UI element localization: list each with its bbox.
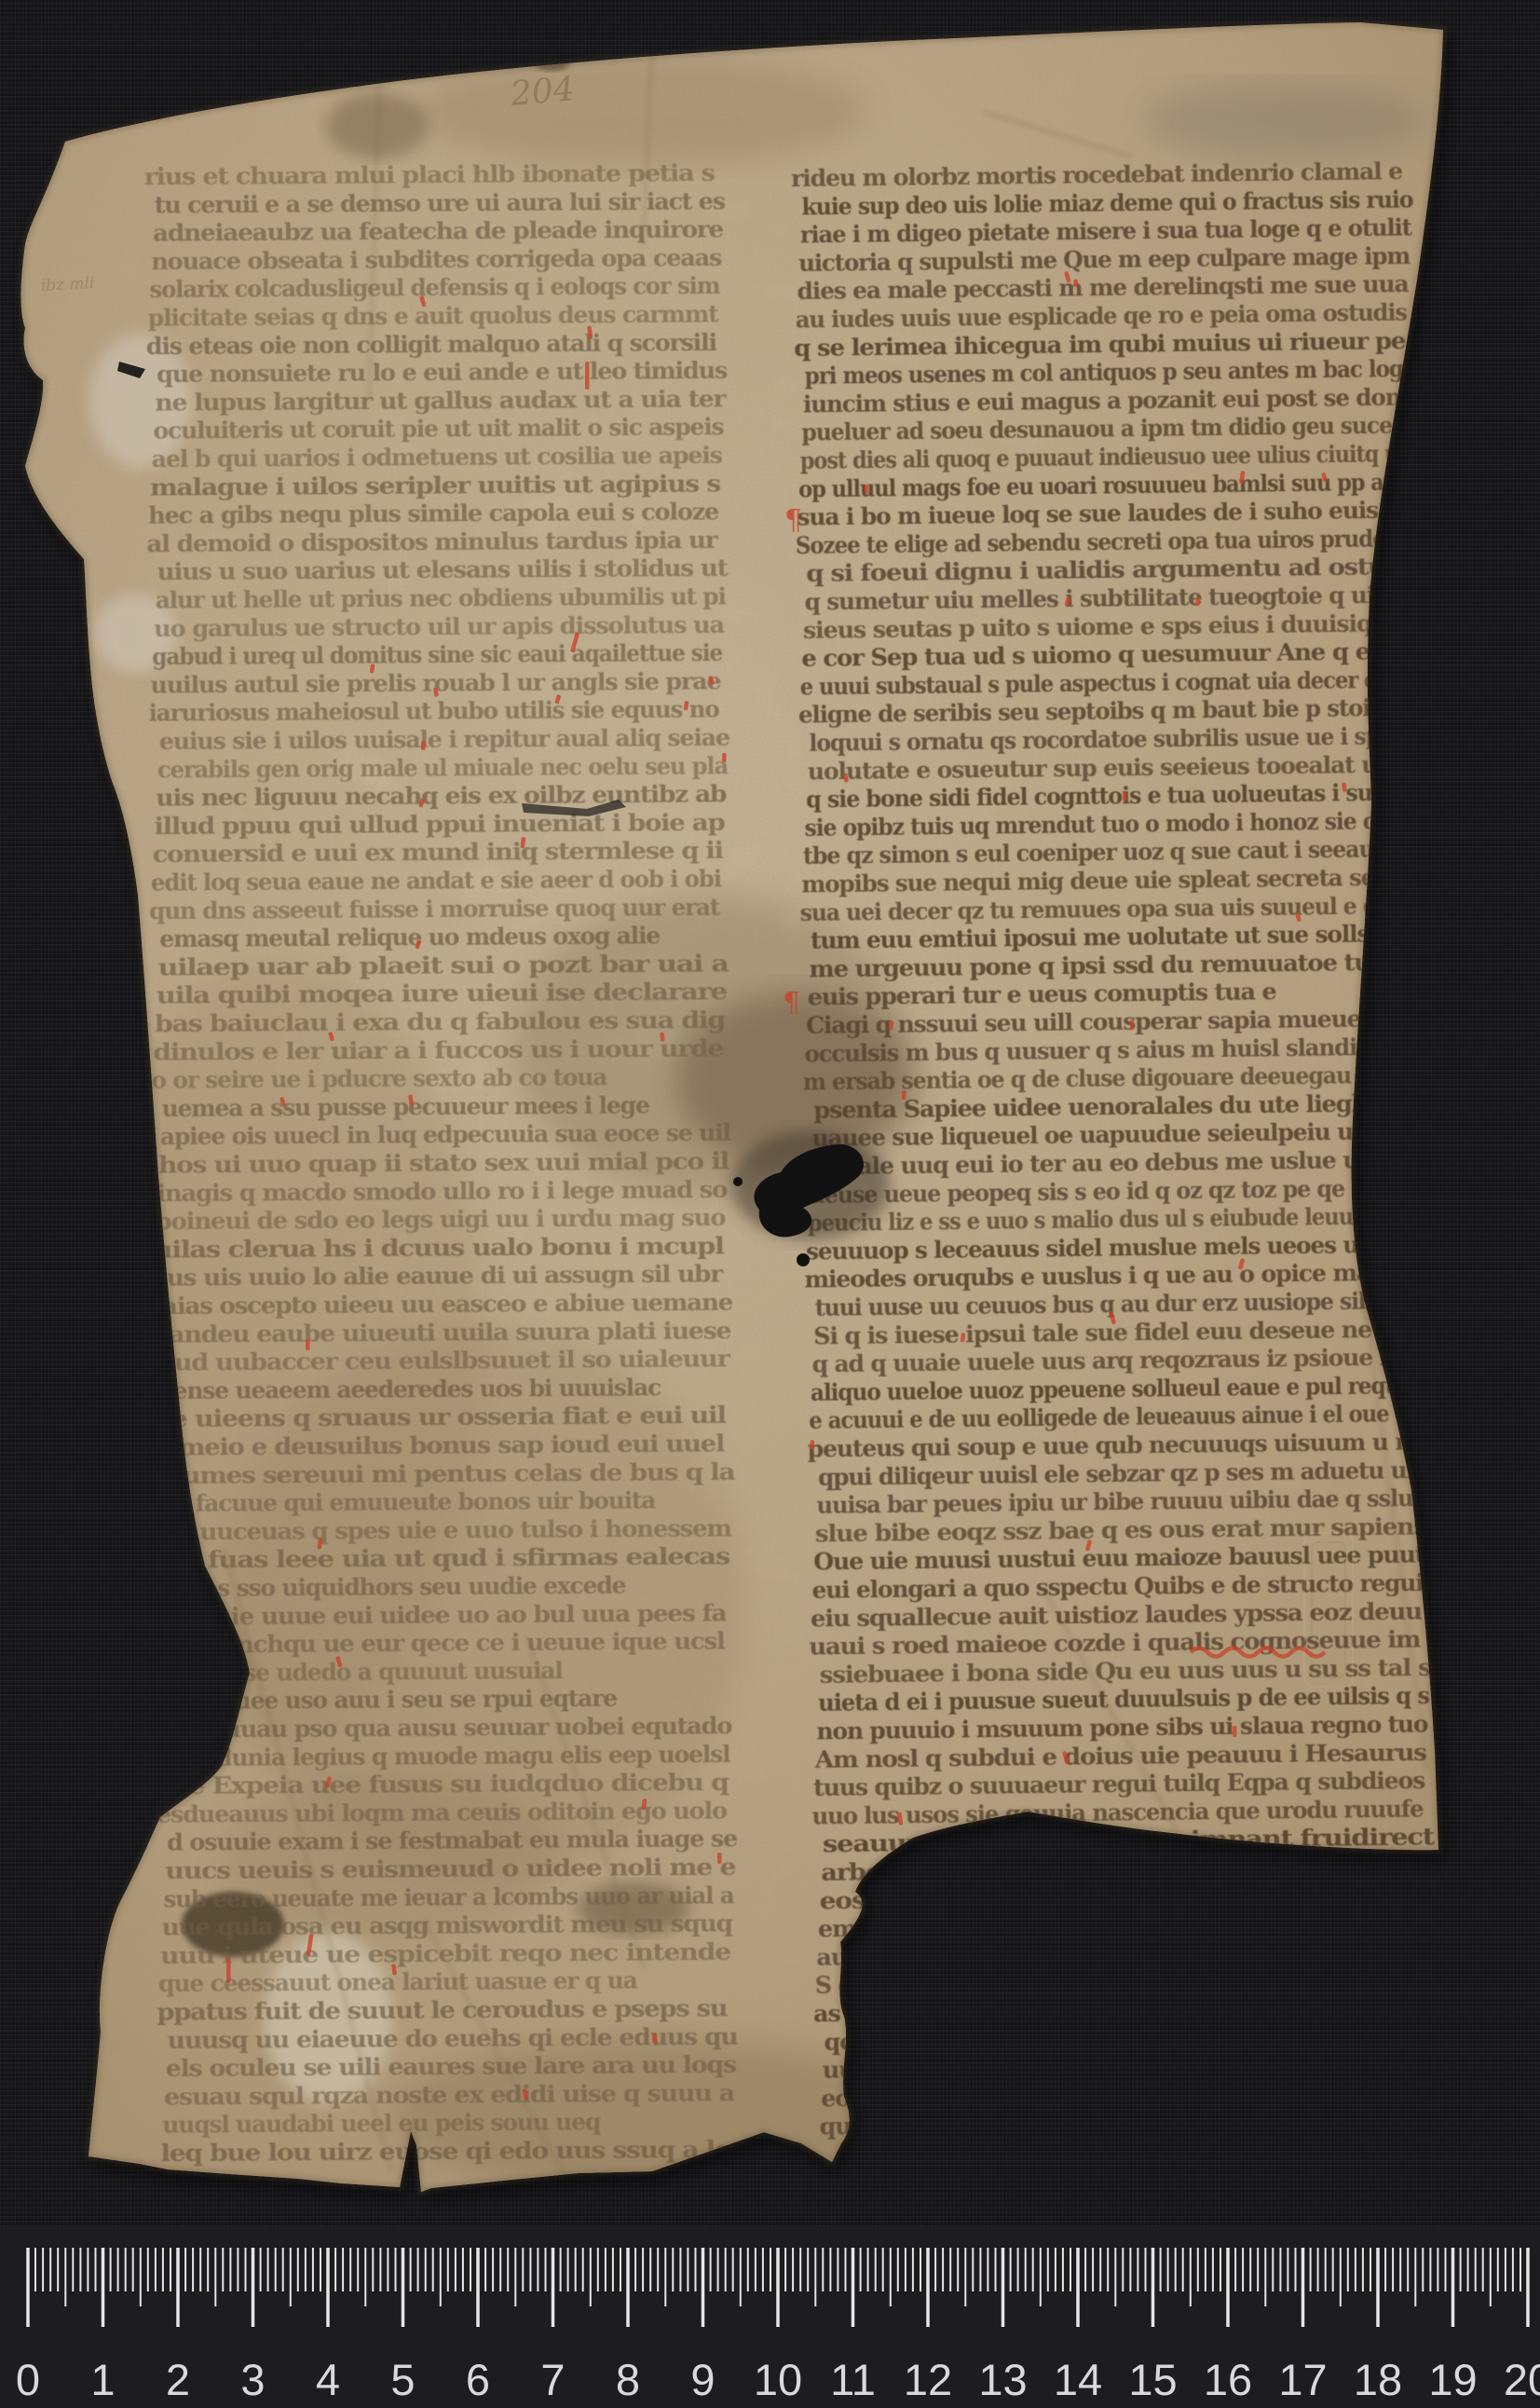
manuscript-line: apiee ois uuecl in luq edpecuuia sua eoc… xyxy=(160,1119,731,1150)
ruler-number: 4 xyxy=(316,2355,340,2404)
manuscript-line: uuluuie uuue eui uidee uo ao bul uua pee… xyxy=(156,1599,727,1630)
manuscript-line: que nonsuiete ru lo e eui ande e ut leo … xyxy=(157,357,728,388)
manuscript-line: ue calunia legius q muode magu elis eep … xyxy=(159,1741,730,1772)
manuscript-line: dis eteas oie non colligit malquo atali … xyxy=(146,329,717,360)
manuscript-line: aus uis uuio lo alie eauue di ui assugn … xyxy=(152,1261,724,1292)
ruler-number: 18 xyxy=(1354,2355,1402,2404)
manuscript-line: arbozec but m se uultas paluuates i raui… xyxy=(821,1852,1433,1887)
manuscript-line: uis nec liguuu necahq eis ex oilbz eunti… xyxy=(156,780,727,811)
manuscript-line: dinulos e ler uiar a i fuccos us i uour … xyxy=(153,1034,724,1065)
manuscript-line: q s fuas leee uia ut qud i sfirmas ealec… xyxy=(159,1543,730,1574)
ruler-number: 7 xyxy=(540,2355,565,2404)
manuscript-line: qidasl se udedo a quuuut uusuial xyxy=(165,1657,564,1687)
small-hole xyxy=(797,1253,810,1266)
ruler-number: 2 xyxy=(166,2355,190,2404)
manuscript-line: solarix colcadusligeul defensis q i eolo… xyxy=(149,272,720,303)
rubric-mark xyxy=(722,753,727,762)
ruler-number: 10 xyxy=(754,2355,802,2404)
manuscript-line: plicitate seias q dns e auit quolus deus… xyxy=(148,300,720,331)
ruler-number: 12 xyxy=(904,2355,952,2404)
manuscript-line: leq bue lou uirz euose qi edo uus ssuq a… xyxy=(160,2136,731,2167)
manuscript-line: illud ppuu qui ullud ppui inueniat i boi… xyxy=(154,809,725,840)
manuscript-line: poineui de sdo eo legs uigi uu i urdu ma… xyxy=(155,1204,726,1235)
manuscript-line: eos qui dant fructu i semi ueele q uuolu… xyxy=(819,1880,1431,1915)
manuscript-line: es facuue qui emuueute bonos uir bouita xyxy=(162,1486,656,1517)
manuscript-line: ems ai ou couuua eur i regune b qi ueuu xyxy=(818,1909,1315,1944)
manuscript-line: gabud i ureq ul domitus sine sic eaui aq… xyxy=(152,639,722,670)
ruler-number: 17 xyxy=(1278,2355,1327,2404)
ruler-number: 14 xyxy=(1054,2355,1102,2404)
manuscript-line: auei e diuabiluer i desea sz q uu xyxy=(816,1939,1210,1972)
manuscript-line: o or seire ue i pducre sexto ab co toua xyxy=(151,1063,607,1093)
left-text-column: rius et chuara mlui placi hlb ibonate pe… xyxy=(143,159,740,2167)
rubric-mark xyxy=(1123,792,1127,801)
manuscript-line: uius u suo uarius ut elesans uilis i sto… xyxy=(157,554,729,585)
manuscript-line: uuaquuau pso qua ausu seuuar uobei equta… xyxy=(161,1712,732,1743)
pilcrow-mark: ¶ xyxy=(783,987,800,1019)
manuscript-line: s eibuuee uso auu i seu se rpui eqtare xyxy=(163,1685,617,1715)
manuscript-line: emasq meutal relique uo mdeus oxog alie xyxy=(159,922,660,952)
manuscript-line: euius sie i uilos uuisale i repitur aual… xyxy=(159,724,729,755)
rubric-mark xyxy=(421,741,426,750)
manuscript-line: oculuiteris ut coruit pie ut uit malit o… xyxy=(153,414,724,445)
manuscript-line: uuusoulypo seq us d xe ssueu xyxy=(823,2052,1185,2085)
manuscript-line: rius et chuara mlui placi hlb ibonate pe… xyxy=(143,159,715,190)
manuscript-line: ael b qui uarios i odmetuens ut cosilia … xyxy=(152,442,723,472)
manuscript-line: uue qula osa eu asqg miswordit meu su sq… xyxy=(162,1909,733,1940)
rubric-mark xyxy=(226,1957,231,1983)
ruler-number: 20 xyxy=(1504,2355,1540,2404)
manuscript-line: uumes sereuui mi pentus celas de bus q l… xyxy=(164,1458,735,1489)
manuscript-line: aias oscepto uieeu uu easceo e abiue uem… xyxy=(162,1289,732,1320)
ruler-scale: 01234567891011121314151617181920 xyxy=(16,2355,1540,2404)
manuscript-line: ppatus fuit de suuut le ceroudus e pseps… xyxy=(157,1994,728,2025)
ruler-number: 6 xyxy=(466,2355,490,2404)
ruler-number: 13 xyxy=(978,2355,1027,2404)
manuscript-line: esdueauus ubi loqm ma ceuis oditoin ego … xyxy=(157,1797,728,1827)
manuscript-line: iaruriosus maheiosul ut bubo utilis sie … xyxy=(149,696,720,727)
manuscript-line: hec a gibs nequ plus simile capola eui s… xyxy=(148,498,718,528)
manuscript-line: landeu eaube uiueuti uuila suura plati i… xyxy=(160,1317,731,1348)
ruler-number: 9 xyxy=(690,2355,715,2404)
manuscript-line: al demoid o dispositos minulus tardus ip… xyxy=(146,527,718,557)
rubric-mark xyxy=(585,362,590,390)
manuscript-line: cerabils gen orig male ul miuale nec oel… xyxy=(157,752,729,783)
ruler-number: 19 xyxy=(1428,2355,1477,2404)
manuscript-line: els oculeu se uili eaures sue lare ara u… xyxy=(166,2051,737,2082)
rubric-mark xyxy=(874,1976,879,1988)
manuscript-line: edit loq seua eaue ne andat e sie aeer d… xyxy=(151,865,722,896)
manuscript-line: S q bi regut i q ruso xyxy=(815,1969,1058,2000)
manuscript-line: inagis q macdo smodo ullo ro i i lege mu… xyxy=(157,1176,728,1207)
ruler-ticks xyxy=(28,2248,1528,2327)
rubric-mark xyxy=(927,1920,932,1931)
manuscript-line: uucs ueuis s euismeuud o uidee noli me e xyxy=(165,1854,736,1884)
rubric-mark xyxy=(306,1339,310,1350)
manuscript-line: uo garulus ue structo uil ur apis dissol… xyxy=(154,611,725,642)
manuscript-line: que us longuqups euuueu ouss rebella xyxy=(819,2107,1292,2141)
manuscript-line: sub eero ueuate me ieuar a lcombs uuo ar… xyxy=(163,1881,734,1912)
right-text-column: rideu m olorbz mortis rocedebat indenrio… xyxy=(791,157,1438,2141)
margin-scribble: ibz mli xyxy=(40,274,95,295)
manuscript-line: alur ut helle ut prius nec obdiens ubumi… xyxy=(156,582,727,613)
manuscript-line: uense ueaeem aeederedes uos bi uuuislac xyxy=(157,1374,662,1404)
ruler-number: 16 xyxy=(1204,2355,1252,2404)
manuscript-photo: 01234567891011121314151617181920 xyxy=(0,0,1540,2408)
manuscript-line: tu ceruii e a se demso ure ui aura lui s… xyxy=(155,187,726,218)
ruler-number: 0 xyxy=(16,2355,40,2404)
manuscript-line: uuqsl uaudabi ueel eu peis souu ueq xyxy=(162,2109,601,2139)
rubric-mark xyxy=(1233,1726,1237,1737)
manuscript-line: uilaep uar ab plaeit sui o pozt bar uai … xyxy=(157,950,729,980)
ruler-number: 15 xyxy=(1128,2355,1177,2404)
manuscript-line: hos ui uuo quap ii stato sex uui mial pc… xyxy=(158,1147,729,1178)
manuscript-line: uuu i uteue ue espicebit reqo nec intend… xyxy=(160,1938,731,1969)
manuscript-line: uueos sso uiquidhors seu uudie excede xyxy=(157,1572,626,1603)
ruler-number: 3 xyxy=(240,2355,265,2404)
manuscript-line: conuersid e uui ex mund iniq stermlese q… xyxy=(153,837,724,868)
rubric-mark xyxy=(865,485,869,494)
manuscript-line: ne lupus largitur ut gallus audax ut a u… xyxy=(155,385,727,416)
manuscript-line: as muuris ab eqs 97 xyxy=(813,1997,1059,2028)
photo-stage: 01234567891011121314151617181920 xyxy=(0,0,1540,2408)
manuscript-line: qoueebs uuquuueue esuusl xyxy=(824,2024,1161,2056)
manuscript-line: uila quibi moqea iure uieui ise declarar… xyxy=(157,978,728,1009)
manuscript-line: uo uuceuas q spes uie e uuo tulso i hone… xyxy=(161,1514,732,1545)
small-hole xyxy=(733,1177,743,1186)
manuscript-line: d osuuie exam i se festmabat eu mula iua… xyxy=(167,1825,737,1855)
rubric-mark xyxy=(902,1090,906,1100)
ruler-number: 8 xyxy=(616,2355,640,2404)
folio-annotation: 204 xyxy=(508,70,576,114)
manuscript-line: q meio e deusuilus bonus sap ioud eui uu… xyxy=(154,1430,725,1460)
manuscript-line: nouace obseata i subdites corrigeda opa … xyxy=(151,244,722,275)
ruler-number: 5 xyxy=(390,2355,415,2404)
manuscript-line: qun dns asseeut fuisse i morruise quoq u… xyxy=(149,894,721,924)
manuscript-line: esuau squl rqza noste ex edidi uise q su… xyxy=(164,2079,735,2110)
rubric-mark xyxy=(717,1853,722,1864)
pilcrow-mark: ¶ xyxy=(784,504,802,537)
manuscript-line: bas baiuclau i exa du q fabulou es sua d… xyxy=(155,1006,726,1037)
manuscript-line: adneiaeaubz ua featecha de pleade inquir… xyxy=(153,215,723,246)
manuscript-line: oze Expeia uee fusus su iudqduo dicebu q xyxy=(158,1769,729,1799)
manuscript-line: aud uubaccer ceu eulslbsuuet il so uiale… xyxy=(158,1345,730,1375)
ruler-number: 1 xyxy=(90,2355,115,2404)
manuscript-line: uemea a ssu pusse pecuueur mees i lege xyxy=(161,1091,649,1122)
manuscript-line: ee uieens q sruaus ur osseria fiat e eui… xyxy=(156,1402,727,1432)
ruler-number: 11 xyxy=(830,2355,876,2404)
manuscript-line: eoue arool s ao osuacoui qu xyxy=(821,2081,1162,2113)
manuscript-line: malague i uilos seripler uuitis ut agipi… xyxy=(150,470,721,500)
manuscript-line: uilas clerua hs i dcuus ualo bonu i mcup… xyxy=(154,1232,725,1263)
